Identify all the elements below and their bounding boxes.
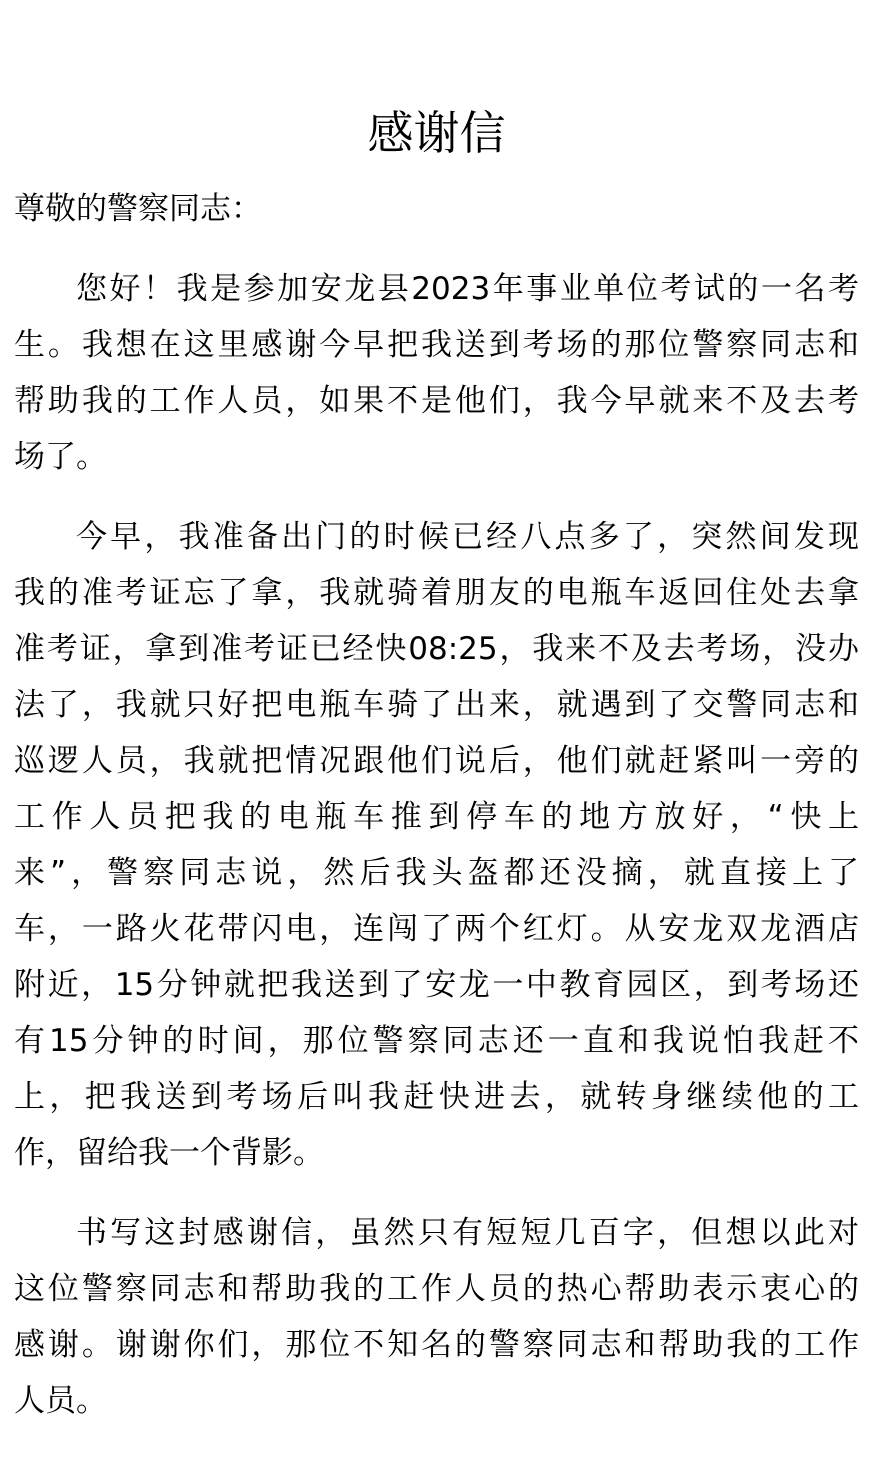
paragraph: 书写这封感谢信，虽然只有短短几百字，但想以此对这位警察同志和帮助我的工作人员的热… [14,1205,859,1429]
text-line: 巡逻人员，我就把情况跟他们说后，他们就赶紧叫一旁的 [14,733,859,789]
text-line: 有15分钟的时间，那位警察同志还一直和我说怕我赶不 [14,1013,859,1069]
paragraphs-container: 您好！我是参加安龙县2023年事业单位考试的一名考生。我想在这里感谢今早把我送到… [14,261,859,1429]
text-line: 上，把我送到考场后叫我赶快进去，就转身继续他的工 [14,1069,859,1125]
text-line: 今早，我准备出门的时候已经八点多了，突然间发现 [14,509,859,565]
text-line: 感谢。谢谢你们，那位不知名的警察同志和帮助我的工作 [14,1317,859,1373]
text-line: 帮助我的工作人员，如果不是他们，我今早就来不及去考 [14,373,859,429]
text-line: 附近，15分钟就把我送到了安龙一中教育园区，到考场还 [14,957,859,1013]
text-line: 这位警察同志和帮助我的工作人员的热心帮助表示衷心的 [14,1261,859,1317]
text-line: 场了。 [14,429,859,485]
salutation: 尊敬的警察同志： [14,181,859,237]
text-line: 书写这封感谢信，虽然只有短短几百字，但想以此对 [14,1205,859,1261]
document-title: 感谢信 [14,102,859,164]
text-line: 工作人员把我的电瓶车推到停车的地方放好，“快上 [14,789,859,845]
text-line: 作，留给我一个背影。 [14,1125,859,1181]
paragraph: 您好！我是参加安龙县2023年事业单位考试的一名考生。我想在这里感谢今早把我送到… [14,261,859,485]
text-line: 准考证，拿到准考证已经快08:25，我来不及去考场，没办 [14,621,859,677]
text-line: 法了，我就只好把电瓶车骑了出来，就遇到了交警同志和 [14,677,859,733]
text-line: 您好！我是参加安龙县2023年事业单位考试的一名考 [14,261,859,317]
text-line: 人员。 [14,1373,859,1429]
text-line: 生。我想在这里感谢今早把我送到考场的那位警察同志和 [14,317,859,373]
letter-document: 感谢信 尊敬的警察同志： 您好！我是参加安龙县2023年事业单位考试的一名考生。… [0,0,881,1471]
text-line: 来”，警察同志说，然后我头盔都还没摘，就直接上了 [14,845,859,901]
text-line: 车，一路火花带闪电，连闯了两个红灯。从安龙双龙酒店 [14,901,859,957]
paragraph: 今早，我准备出门的时候已经八点多了，突然间发现我的准考证忘了拿，我就骑着朋友的电… [14,509,859,1181]
text-line: 我的准考证忘了拿，我就骑着朋友的电瓶车返回住处去拿 [14,565,859,621]
